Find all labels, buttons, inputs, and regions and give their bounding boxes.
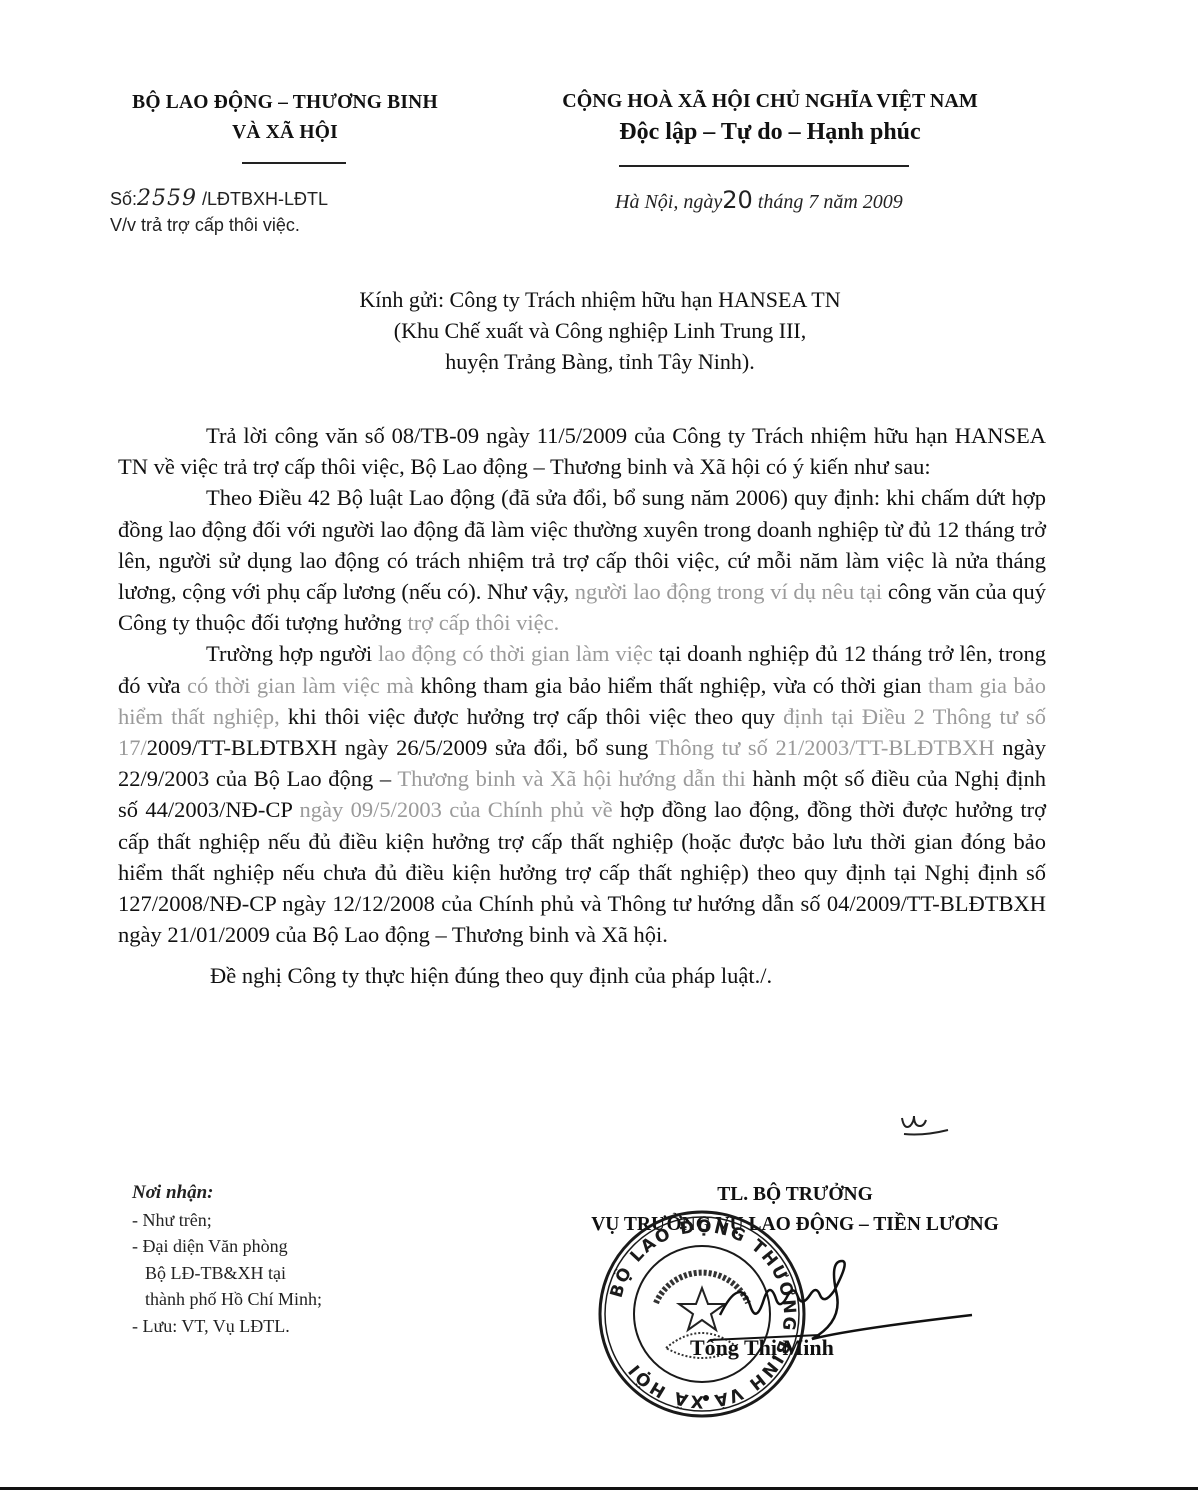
national-header: CỘNG HOÀ XÃ HỘI CHỦ NGHĨA VIỆT NAM Độc l… <box>510 86 1030 148</box>
date-suffix: tháng 7 năm 2009 <box>753 191 903 213</box>
handwritten-initial-icon <box>896 1108 956 1138</box>
paragraph-1: Trả lời công văn số 08/TB-09 ngày 11/5/2… <box>118 420 1046 482</box>
recipient-item: - Đại diện Văn phòng <box>132 1233 322 1260</box>
recipient-line3: huyện Trảng Bàng, tỉnh Tây Ninh). <box>280 346 920 377</box>
issuing-authority-line2: VÀ XÃ HỘI <box>100 118 470 148</box>
closing-paragraph: Đề nghị Công ty thực hiện đúng theo quy … <box>118 960 1046 991</box>
faded-text-run: trợ cấp thôi việc. <box>407 610 559 635</box>
reference-code: /LĐTBXH-LĐTL <box>197 189 328 209</box>
signer-name: Tống Thị Minh <box>690 1335 834 1361</box>
letter-body: Trả lời công văn số 08/TB-09 ngày 11/5/2… <box>118 420 1046 992</box>
text-run: 2009/TT-BLĐTBXH ngày 26/5/2009 sửa đổi, … <box>147 735 656 760</box>
faded-text-run: Thông tư số 21/2003/TT-BLĐTBXH <box>655 735 994 760</box>
signatory-authority: TL. BỘ TRƯỞNG <box>540 1180 1050 1210</box>
recipients-title: Nơi nhận: <box>132 1180 322 1207</box>
date-day: 20 <box>722 186 753 214</box>
text-run: khi thôi việc được hưởng trợ cấp thôi vi… <box>280 704 783 729</box>
subject-line: V/v trả trợ cấp thôi việc. <box>110 212 328 238</box>
document-reference: Số:2559 /LĐTBXH-LĐTL V/v trả trợ cấp thô… <box>110 186 328 238</box>
recipient-item: thành phố Hồ Chí Minh; <box>132 1286 322 1313</box>
reference-prefix: Số: <box>110 189 137 209</box>
document-date: Hà Nội, ngày20 tháng 7 năm 2009 <box>615 186 903 214</box>
faded-text-run: Thương binh và Xã hội hướng dẫn thi <box>397 766 745 791</box>
faded-text-run: lao động có thời gian làm việc <box>378 641 653 666</box>
issuing-authority-line1: BỘ LAO ĐỘNG – THƯƠNG BINH <box>100 88 470 118</box>
issuing-authority: BỘ LAO ĐỘNG – THƯƠNG BINH VÀ XÃ HỘI <box>100 88 470 148</box>
national-motto-underline <box>619 165 909 167</box>
faded-text-run: ngày 09/5/2003 của Chính phủ về <box>299 797 612 822</box>
paragraph-3: Trường hợp người lao động có thời gian l… <box>118 638 1046 950</box>
national-motto: Độc lập – Tự do – Hạnh phúc <box>510 117 1030 148</box>
recipients-list: Nơi nhận: - Như trên; - Đại diện Văn phò… <box>132 1180 322 1339</box>
recipient-item: - Lưu: VT, Vụ LĐTL. <box>132 1313 322 1340</box>
faded-text-run: người lao động trong ví dụ nêu tại <box>575 579 882 604</box>
issuing-authority-underline <box>242 162 346 164</box>
recipient-item: Bộ LĐ-TB&XH tại <box>132 1260 322 1287</box>
recipient-line1: Kính gửi: Công ty Trách nhiệm hữu hạn HA… <box>280 284 920 315</box>
recipient-block: Kính gửi: Công ty Trách nhiệm hữu hạn HA… <box>280 284 920 377</box>
text-run: Trường hợp người <box>206 641 378 666</box>
recipient-item: - Như trên; <box>132 1207 322 1234</box>
reference-number: 2559 <box>137 186 197 211</box>
national-title: CỘNG HOÀ XÃ HỘI CHỦ NGHĨA VIỆT NAM <box>510 86 1030 117</box>
date-prefix: Hà Nội, ngày <box>615 191 722 213</box>
recipient-line2: (Khu Chế xuất và Công nghiệp Linh Trung … <box>280 315 920 346</box>
text-run: không tham gia bảo hiểm thất nghiệp, vừa… <box>414 673 928 698</box>
faded-text-run: có thời gian làm việc mà <box>187 673 414 698</box>
paragraph-2: Theo Điều 42 Bộ luật Lao động (đã sửa đổ… <box>118 482 1046 638</box>
